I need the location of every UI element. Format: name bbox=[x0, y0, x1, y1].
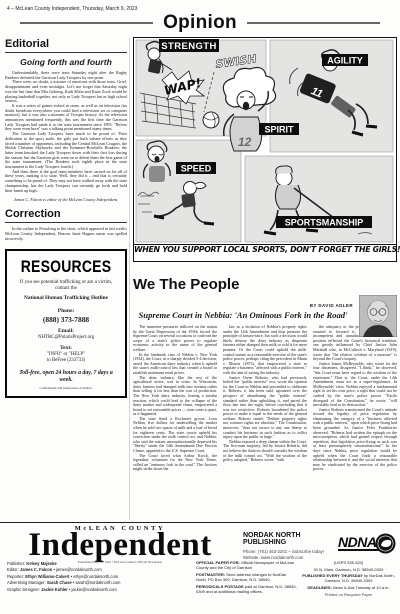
article-paragraph: The Court faced what Arthur Krock, the l… bbox=[133, 454, 217, 472]
publisher-name: NORDAK NORTH PUBLISHING bbox=[243, 532, 343, 546]
jersey-number-12: 12 bbox=[238, 135, 252, 149]
masthead: McLEAN COUNTY Independent Established Ma… bbox=[0, 522, 400, 559]
newspaper-association-seal-icon bbox=[375, 533, 396, 554]
editorial-paragraph: And then, there is the goal team members… bbox=[5, 170, 127, 194]
publisher-phone: Phone: (701) 463-2201 – Subscribe today! bbox=[243, 549, 343, 554]
we-the-people-label: We The People bbox=[133, 276, 397, 293]
postmaster-line: POSTMASTER:Send address changes to NorDa… bbox=[196, 573, 298, 582]
published-line: PUBLISHED EVERY THURSDAYby NorDak North,… bbox=[302, 574, 395, 583]
publisher-block: NORDAK NORTH PUBLISHING Phone: (701) 463… bbox=[243, 532, 343, 562]
label-agility: AGILITY bbox=[327, 56, 363, 66]
official-paper-line: OFFICIAL PAPER FOR:Official Newspaper of… bbox=[196, 561, 298, 570]
editorial-cartoon: WAP! SWISH 11 bbox=[133, 37, 397, 262]
hotline-name: National Human Trafficking Hotline bbox=[17, 295, 115, 301]
banner-rule-right bbox=[247, 22, 380, 24]
resources-title: RESOURCES bbox=[11, 256, 121, 275]
newspaper-page: 4 – McLean County Independent, Thursday,… bbox=[0, 0, 400, 614]
article-paragraph: The immense pressures inflicted on the n… bbox=[133, 325, 217, 353]
text-label: Text: bbox=[11, 345, 121, 351]
correction-body: In the cutline to Preaching to the choir… bbox=[5, 227, 127, 241]
article-paragraph: Nebbia exposed a deep chasm within the C… bbox=[223, 440, 307, 463]
nameplate-title: Independent bbox=[4, 532, 236, 558]
section-title: Opinion bbox=[163, 12, 237, 34]
article-column-2: law as a violation of Nebbia's property … bbox=[223, 325, 307, 472]
hotline-email: NHTRC@PolarisProject.org bbox=[11, 335, 121, 341]
hotline-phone-number: (888) 373-7888 bbox=[11, 315, 121, 324]
label-strength: STRENGTH bbox=[161, 41, 216, 52]
newspaper-nameplate: McLEAN COUNTY Independent Established Ma… bbox=[4, 525, 236, 564]
article-column-3: the adequacy or the practicability of th… bbox=[313, 325, 397, 472]
resources-intro: If you see potential trafficking or are … bbox=[13, 280, 119, 292]
article-column-1: The immense pressures inflicted on the n… bbox=[133, 325, 217, 472]
ndna-logo-text: NDNA bbox=[338, 536, 376, 548]
columnist-photo bbox=[359, 295, 397, 337]
label-sportsmanship: SPORTSMANSHIP bbox=[285, 218, 364, 228]
email-label: Email: bbox=[11, 328, 121, 334]
article-paragraph: In the landmark case of Nebbia v. New Yo… bbox=[133, 353, 217, 376]
postage-line: PERIODICALS POSTAGEpaid at Garrison, N.D… bbox=[196, 585, 298, 594]
recycled-note: Printed on Recycled Paper bbox=[302, 593, 395, 598]
column-divider bbox=[129, 38, 130, 520]
columnist-byline: BY DAVID ADLER bbox=[310, 303, 353, 308]
editorial-attribution: James C. Falcon is editor of the McLean … bbox=[13, 197, 119, 202]
hotline-hours: Toll-free, open 24 hours a day, 7 days a… bbox=[15, 370, 117, 384]
correction-section-label: Correction bbox=[5, 208, 127, 223]
editorial-body: Understandably, there were tears Saturda… bbox=[5, 71, 127, 193]
banner-rule-left bbox=[20, 22, 153, 24]
label-speed: SPEED bbox=[181, 164, 212, 174]
usps-number: (USPS 335-320) bbox=[302, 561, 395, 566]
editorial-paragraph: It was a series of games etched in stone… bbox=[5, 104, 127, 132]
we-the-people-section: We The People BY DAVID ADLER Supreme Cou… bbox=[133, 276, 397, 472]
opinion-banner: Opinion bbox=[20, 12, 380, 34]
staff-line: Graphic Designer: Jackie Kohler • jackie… bbox=[7, 587, 189, 593]
resources-box: RESOURCES If you see potential trafficki… bbox=[5, 249, 127, 399]
article-paragraph: The dairy industry, like the rest of the… bbox=[133, 376, 217, 417]
article-paragraph: The state fined a Rochester grocer, Leon… bbox=[133, 417, 217, 454]
hotline-text-keywords: "INFO" or "HELP" bbox=[11, 352, 121, 358]
staff-list: Publisher: Kelsey Majeske Editor: James … bbox=[7, 561, 189, 593]
article-paragraph: Justice Roberts transformed the Court's … bbox=[313, 408, 397, 472]
postal-info: OFFICIAL PAPER FOR:Official Newspaper of… bbox=[196, 561, 298, 597]
editorial-section-label: Editorial bbox=[5, 38, 127, 53]
editorial-paragraph: The Garrison Lady Troopers have much to … bbox=[5, 132, 127, 170]
phone-label: Phone: bbox=[11, 308, 121, 314]
hotline-note: Confidential and interpreters available. bbox=[11, 386, 121, 390]
street-address: 91 N. Main, Garrison, N.D. 58540-0309 bbox=[302, 568, 395, 573]
deadlines-line: DEADLINES:News & Ads Tuesday at 10 a.m. bbox=[302, 586, 395, 591]
publication-info: (USPS 335-320) 91 N. Main, Garrison, N.D… bbox=[302, 561, 395, 599]
ndna-logo: NDNA bbox=[338, 536, 380, 551]
editorial-paragraph: There were, no doubt, a mixture of emoti… bbox=[5, 80, 127, 104]
cartoon-caption: WHEN YOU SUPPORT LOCAL SPORTS, DON'T FOR… bbox=[134, 244, 396, 260]
article-columns: The immense pressures inflicted on the n… bbox=[133, 325, 397, 472]
article-paragraph: Justice James McReynolds, who wrote for … bbox=[313, 362, 397, 408]
article-paragraph: Justice Owen Roberts, who had previously… bbox=[223, 376, 307, 440]
cartoon-art: WAP! SWISH 11 bbox=[134, 38, 395, 244]
article-headline: Supreme Court in Nebbia: 'An Ominous For… bbox=[133, 310, 353, 320]
left-column: Editorial Going forth and fourth Underst… bbox=[5, 38, 127, 398]
editorial-headline: Going forth and fourth bbox=[5, 57, 127, 67]
article-paragraph: law as a violation of Nebbia's property … bbox=[223, 325, 307, 376]
label-spirit: SPIRIT bbox=[264, 125, 294, 135]
hotline-text-number: to BeFree (233733) bbox=[11, 358, 121, 364]
